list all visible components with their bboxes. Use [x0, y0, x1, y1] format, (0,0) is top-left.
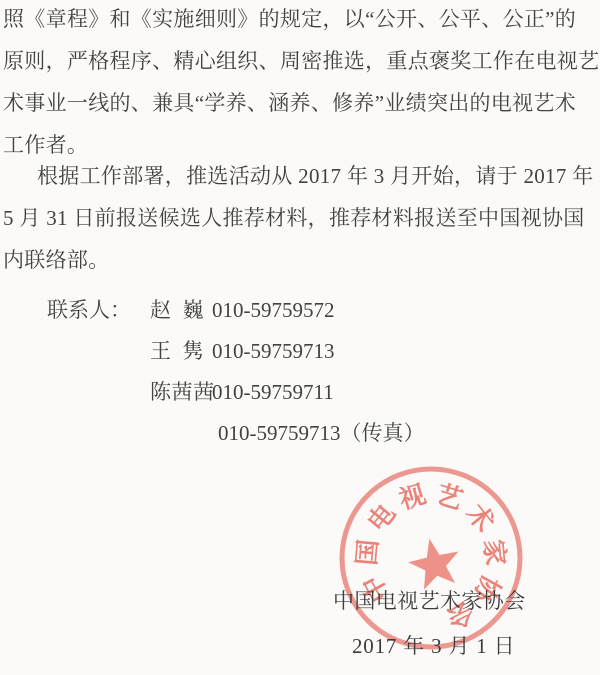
paragraph-2: 根据工作部署，推选活动从 2017 年 3 月开始，请于 2017 年 5 月 … — [3, 155, 600, 281]
contact-phone: 010-59759713 — [212, 331, 335, 372]
text-line: 根据工作部署，推选活动从 2017 年 3 月开始，请于 2017 年 — [3, 155, 600, 197]
contact-name: 赵 巍 — [150, 290, 204, 331]
contact-phone: 010-59759572 — [212, 290, 335, 331]
contact-fax: 010-59759713（传真） — [218, 413, 425, 454]
contact-name: 陈茜茜 — [150, 372, 215, 413]
scanned-document-page: 照《章程》和《实施细则》的规定，以“公开、公平、公正”的 原则，严格程序、精心组… — [0, 0, 600, 675]
paragraph-1: 照《章程》和《实施细则》的规定，以“公开、公平、公正”的 原则，严格程序、精心组… — [3, 0, 600, 166]
seal-char: 艺 — [433, 480, 466, 515]
contact-row: 陈茜茜 010-59759711 — [47, 372, 477, 413]
seal-char: 国 — [352, 538, 383, 566]
seal-char: 电 — [362, 499, 401, 537]
official-seal: 中 国 电 视 艺 术 家 协 会 — [331, 458, 531, 658]
seal-char: 术 — [460, 498, 500, 537]
contact-row: 王 隽 010-59759713 — [47, 331, 477, 372]
signature-date: 2017 年 3 月 1 日 — [352, 630, 515, 660]
text-line: 原则，严格程序、精心组织、周密推选，重点褒奖工作在电视艺 — [3, 40, 600, 82]
contact-list: 联系人： 赵 巍 010-59759572 王 隽 010-59759713 陈… — [47, 290, 477, 454]
contact-row: 联系人： 赵 巍 010-59759572 — [47, 290, 477, 331]
text-line: 5 月 31 日前报送候选人推荐材料，推荐材料报送至中国视协国 — [3, 197, 600, 239]
contact-label: 联系人： — [47, 290, 131, 331]
text-line: 内联络部。 — [3, 239, 600, 281]
contact-name: 王 隽 — [150, 331, 204, 372]
seal-star-icon — [404, 533, 464, 591]
seal-char: 视 — [395, 480, 429, 516]
contact-row-fax: 010-59759713（传真） — [47, 413, 477, 454]
contact-phone: 010-59759711 — [212, 372, 334, 413]
seal-char: 家 — [479, 538, 510, 566]
text-line: 照《章程》和《实施细则》的规定，以“公开、公平、公正”的 — [3, 0, 600, 40]
signature-organization: 中国电视艺术家协会 — [333, 585, 526, 615]
text-line: 术事业一线的、兼具“学养、涵养、修养”业绩突出的电视艺术 — [3, 82, 600, 124]
